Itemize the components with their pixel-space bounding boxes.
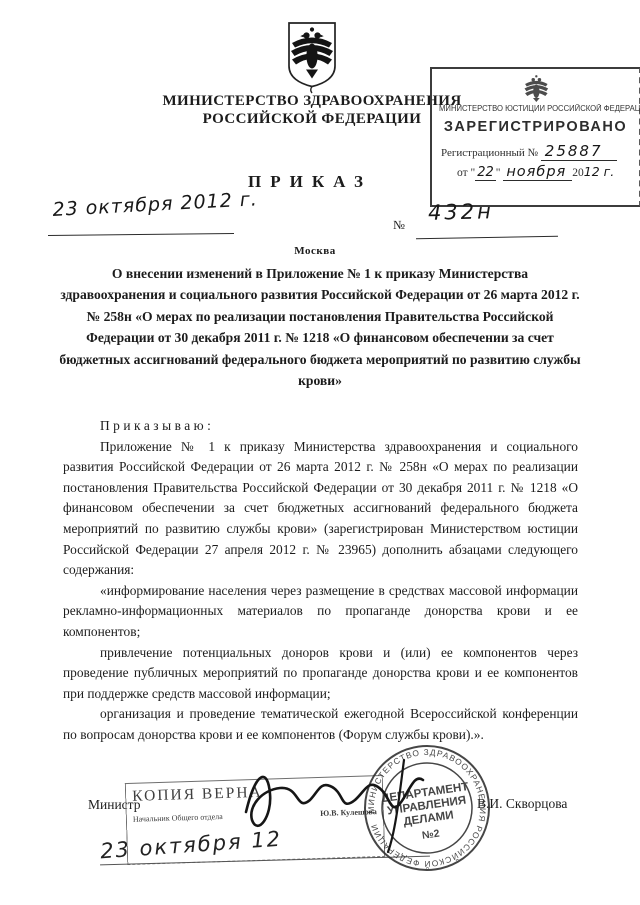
body-paragraph-3: привлечение потенциальных доноров крови …	[63, 643, 578, 705]
registration-number-line: Регистрационный № 25887	[435, 142, 636, 160]
double-headed-eagle	[291, 27, 333, 78]
order-title: ПРИКАЗ	[60, 172, 560, 192]
order-subject: О внесении изменений в Приложение № 1 к …	[58, 263, 582, 391]
date-year-handwritten: 12 г.	[584, 164, 614, 179]
justice-ministry-emblem-icon	[515, 71, 557, 103]
registered-label: ЗАРЕГИСТРИРОВАНО	[435, 119, 636, 135]
order-date-handwritten: 23 октября 2012 г.	[52, 188, 258, 221]
document-page: МИНИСТЕРСТВО ЗДРАВООХРАНЕНИЯ РОССИЙСКОЙ …	[0, 0, 640, 905]
order-number-underline	[416, 236, 558, 239]
body-paragraph-1: Приложение № 1 к приказу Министерства зд…	[63, 437, 578, 581]
date-year-printed: 20	[572, 167, 584, 179]
order-body: Приказываю: Приложение № 1 к приказу Мин…	[63, 416, 578, 746]
copy-officer-title: Начальник Общего отдела	[133, 812, 223, 824]
russian-coat-of-arms-icon	[283, 20, 341, 94]
body-paragraph-2: «информирование населения через размещен…	[63, 581, 578, 643]
justice-ministry-name: МИНИСТЕРСТВО ЮСТИЦИИ РОССИЙСКОЙ ФЕДЕРАЦИ…	[439, 104, 632, 113]
order-number-label: №	[393, 218, 405, 233]
order-number-handwritten: 432н	[428, 199, 494, 225]
registration-number-value: 25887	[541, 142, 617, 161]
order-date-underline	[48, 233, 234, 236]
city-label: Москва	[60, 245, 570, 257]
minister-signature-icon	[228, 738, 460, 863]
registration-number-label: Регистрационный №	[441, 147, 538, 159]
decree-lead-word: Приказываю:	[63, 416, 578, 437]
